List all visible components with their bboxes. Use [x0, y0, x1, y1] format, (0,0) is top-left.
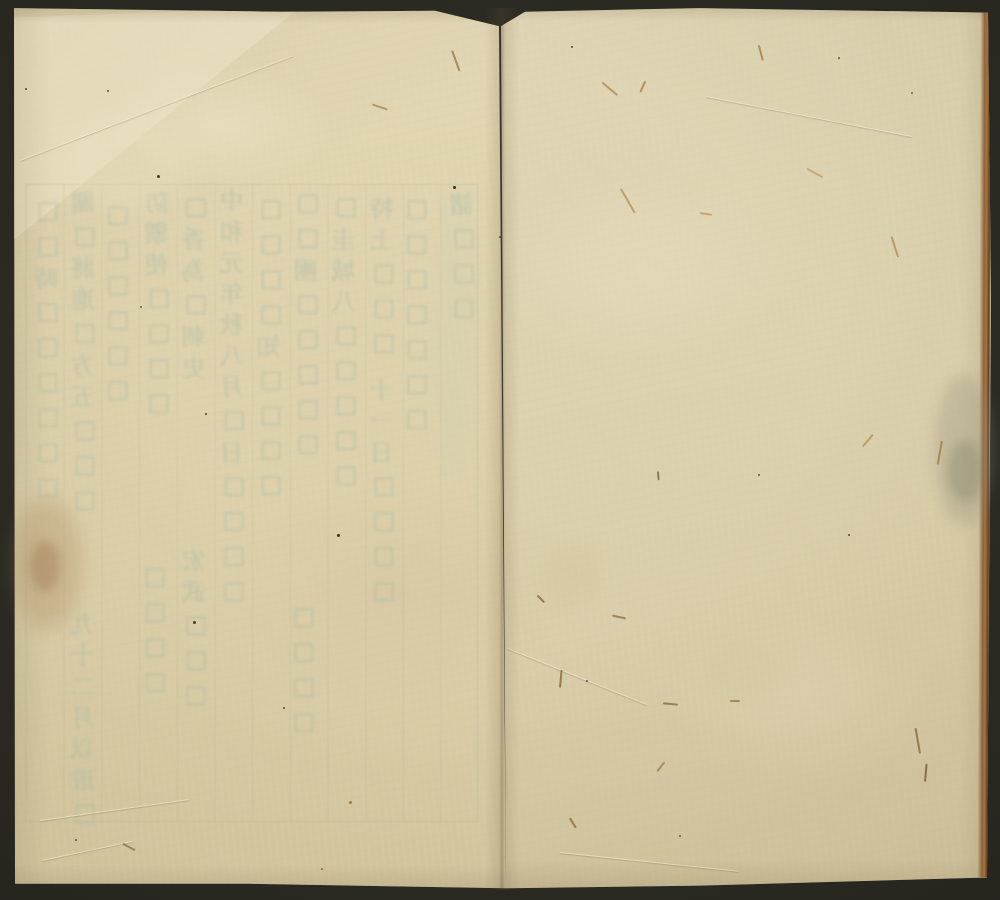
stacked-page-edges	[977, 11, 991, 877]
book-scan: □□時□□□□□□關□將進□方五□□□九十二月以遊□□□□□□□防禦使□□□□□…	[0, 0, 1000, 900]
